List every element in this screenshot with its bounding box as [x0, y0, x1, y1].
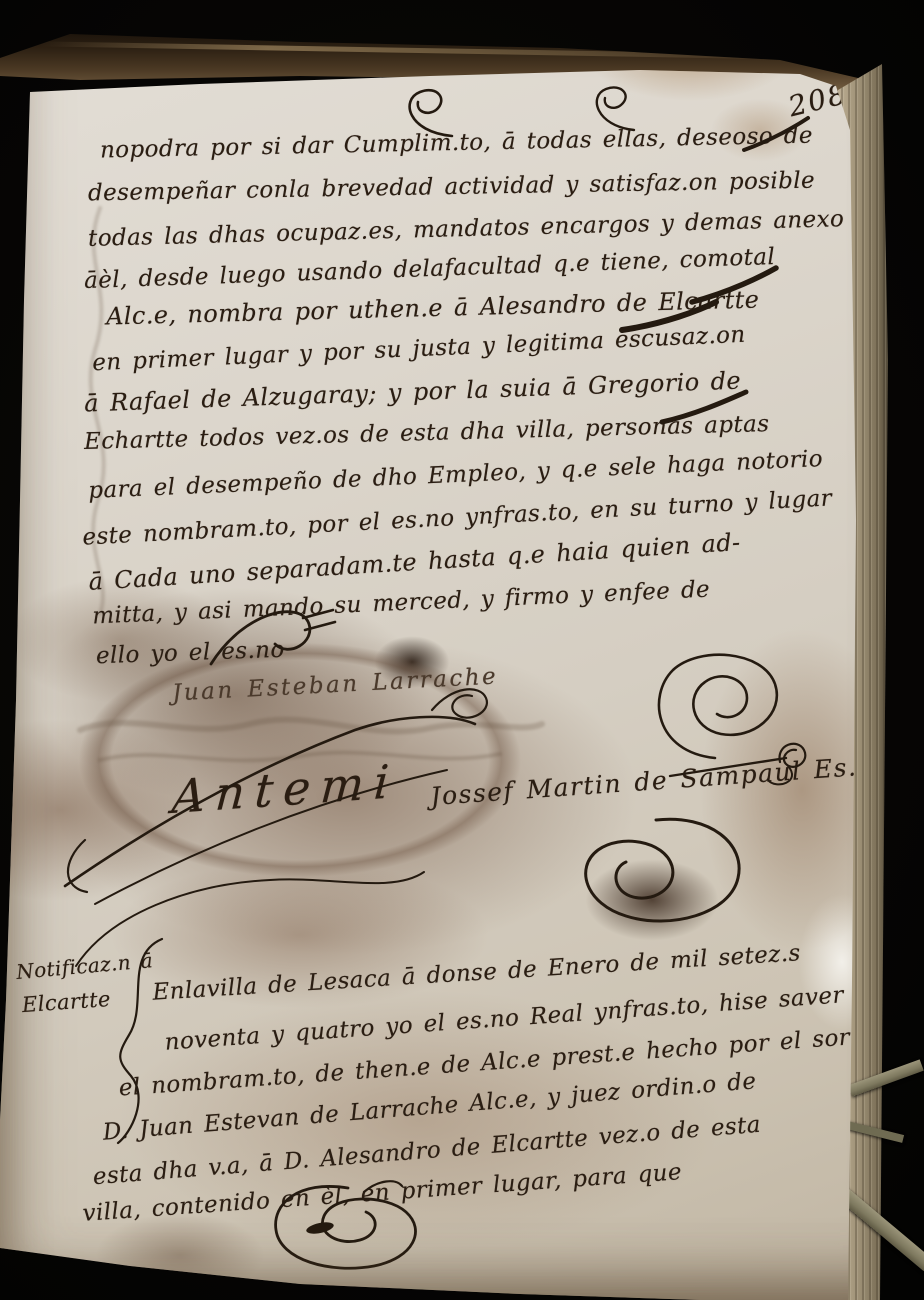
- manuscript-page: 208,, nopodra por si dar Cumplim.to, ā t…: [0, 0, 924, 1300]
- page-edge-shading: [0, 0, 924, 1300]
- manuscript-photo: 208,, nopodra por si dar Cumplim.to, ā t…: [0, 0, 924, 1300]
